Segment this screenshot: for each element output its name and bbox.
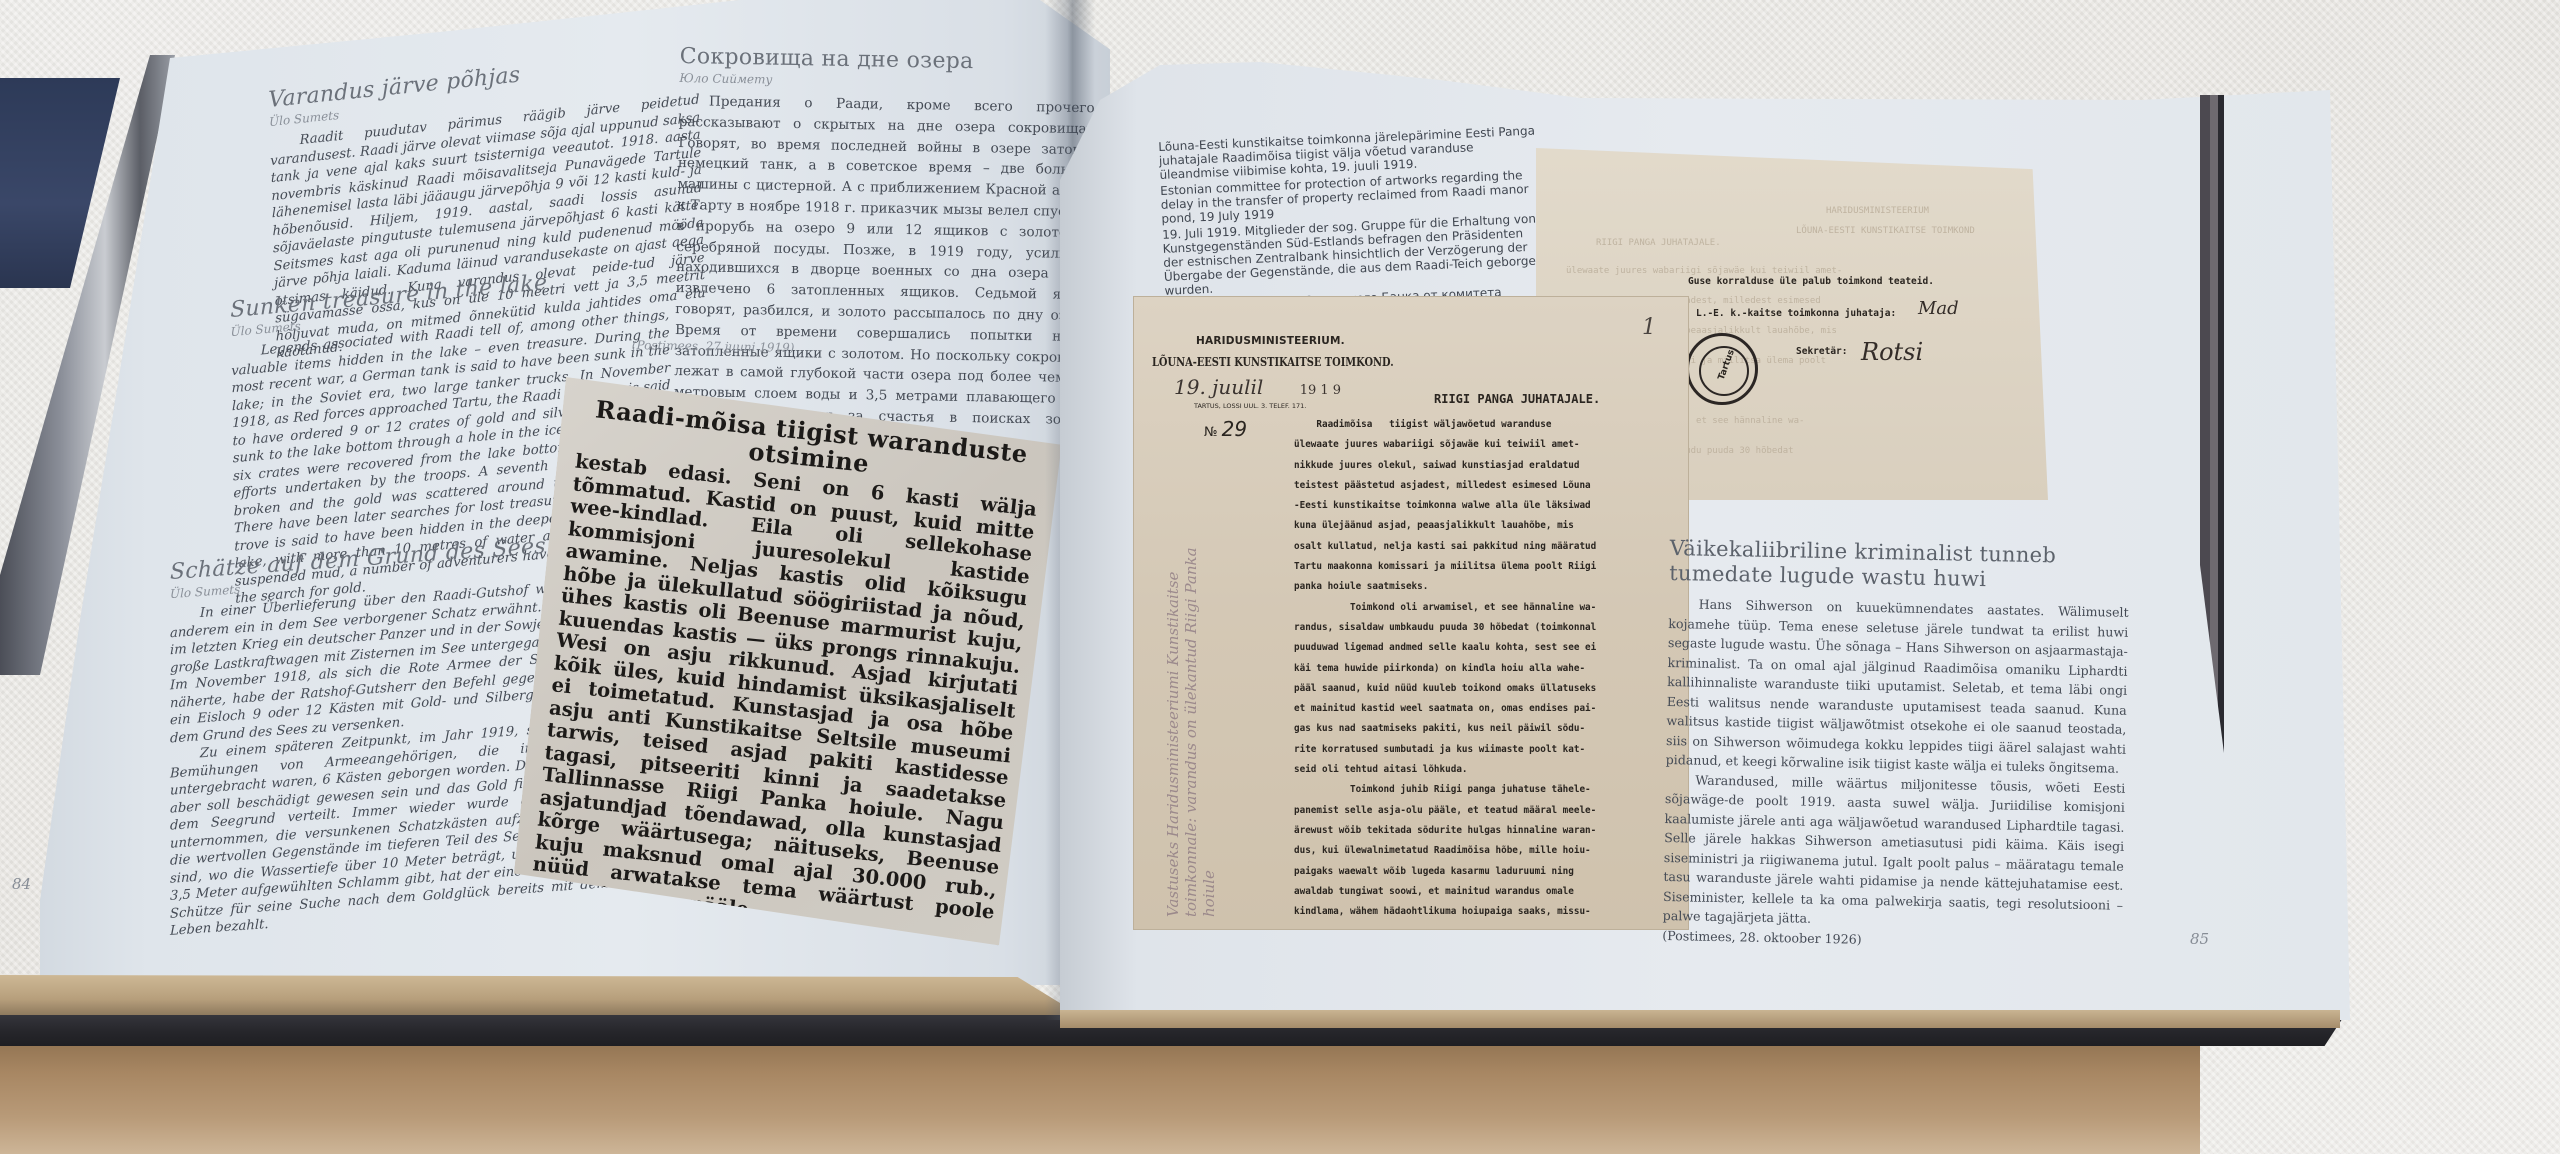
page-block-edge-left xyxy=(0,975,1060,1015)
right-page-number: 85 xyxy=(2190,930,2209,948)
stamp-text: Tartus xyxy=(1717,348,1737,381)
document-2-line-3: Sekretär: xyxy=(1796,346,1847,357)
typed-line: awaldab tungiwat soowi, et mainitud wara… xyxy=(1294,882,1674,902)
clipping-source-caption: (Postimees, 27 juuni 1919) xyxy=(632,338,795,355)
wooden-table-surface xyxy=(0,1030,2200,1154)
article-paragraph-2: Warandused, mille wäärtus miljonitesse t… xyxy=(1663,769,2126,934)
typed-line: panemist selle asja-olu pääle, et teatud… xyxy=(1294,801,1674,821)
document-typed-body: Raadimõisa tiigist wäljawõetud waranduse… xyxy=(1294,415,1674,922)
typed-line: seid oli tehtud aitasi lõhkuda. xyxy=(1294,760,1674,780)
handwritten-margin-note: Vastuseks Haridus­ministeeriumi Kunstika… xyxy=(1164,497,1264,917)
typed-line: kindlama, wähem hädaohtlikuma hoiupaiga … xyxy=(1294,902,1674,922)
typed-line: teistest päästetud asjadest, milledest e… xyxy=(1294,476,1674,496)
page-block-edge-right xyxy=(1060,1010,2340,1028)
russian-section: Сокровища на дне озера Юло Сиймету Преда… xyxy=(673,44,1100,452)
typed-line: ärewust wõib tekitada sõdurite hulgas hi… xyxy=(1294,821,1674,841)
typed-line: Toimkond oli arwamisel, et see hännaline… xyxy=(1294,598,1674,618)
secretary-signature: Rotsi xyxy=(1861,338,1923,366)
newspaper-clipping: Raadi-mõisa tiigist waranduste otsimine … xyxy=(512,377,1064,946)
typed-line: rite korratused sumbutadi ja kus wiimast… xyxy=(1294,740,1674,760)
clipping-body: kestab edasi. Seni on 6 kasti wälja tõmm… xyxy=(529,450,1037,946)
document-number: № 29 xyxy=(1204,417,1247,441)
typed-line: Toimkond juhib Riigi panga juhatuse tähe… xyxy=(1294,780,1674,800)
document-2-line-2: L.-E. k.-kaitse toimkonna juhataja: xyxy=(1696,308,1896,319)
typed-line: Tartu maakonna komissari ja miilitsa üle… xyxy=(1294,557,1674,577)
document-2-line-1: Guse korralduse üle palub toimkond teate… xyxy=(1688,276,1934,287)
official-stamp: Tartus xyxy=(1686,333,1758,405)
typed-line: et mainitud kastid weel saatmata on, oma… xyxy=(1294,699,1674,719)
article-paragraph-1: Hans Sihwerson on kuuekümnendates aastat… xyxy=(1666,594,2129,778)
typed-line: paigaks waewalt wõib lugeda kasarmu ladu… xyxy=(1294,862,1674,882)
document-recipient: RIIGI PANGA JUHATAJALE. xyxy=(1434,392,1600,406)
typed-line: kuna ülejäänud asjad, peaasjalikkult lau… xyxy=(1294,516,1674,536)
typed-line: panka hoiule saatmiseks. xyxy=(1294,577,1674,597)
typed-line: Raadimõisa tiigist wäljawõetud waranduse xyxy=(1294,415,1674,435)
typed-line: käi tema huwide piirkonda) on kindla hoi… xyxy=(1294,659,1674,679)
document-date: 19. juulil 19 1 9 xyxy=(1174,375,1341,399)
typed-line: osalt kullatud, nelja kasti sai pakkitud… xyxy=(1294,537,1674,557)
typed-line: -Eesti kunstikaitse toimkonna walwe alla… xyxy=(1294,496,1674,516)
typed-line: puuduwad ligemad andmed selle kaalu koht… xyxy=(1294,638,1674,658)
document-page-mark: 1 xyxy=(1642,315,1656,340)
typed-line: ülewaate juures wabariigi sõjawäe kui te… xyxy=(1294,435,1674,455)
typed-line: randus, sisaldaw umbkaudu puuda 30 hõbed… xyxy=(1294,618,1674,638)
article-heading: Väikekaliibriline kriminalist tunneb tum… xyxy=(1669,536,2130,595)
typed-line: dus, kui ülewalnimetatud Raadimõisa hõbe… xyxy=(1294,841,1674,861)
article-section: Väikekaliibriline kriminalist tunneb tum… xyxy=(1662,536,2130,954)
typed-line: nikkude juures olekul, saiwad kunstiasja… xyxy=(1294,456,1674,476)
typed-line: gas kus nad saatmiseks pakiti, kus neil … xyxy=(1294,719,1674,739)
russian-body: Предания о Раади, кроме всего прочего, р… xyxy=(673,91,1099,452)
document-address: TARTUS, LOSSI UUL. 3. TELEF. 171. xyxy=(1194,402,1306,410)
document-office: LÕUNA-EESTI KUNSTIKAITSE TOIMKOND. xyxy=(1152,355,1394,369)
left-page-number: 84 xyxy=(12,875,31,893)
archive-document-page-1: 1 HARIDUSMINISTEERIUM. LÕUNA-EESTI KUNST… xyxy=(1134,297,1688,929)
document-ministry: HARIDUSMINISTEERIUM. xyxy=(1196,335,1345,347)
chairman-signature: Mad xyxy=(1918,298,1959,319)
typed-line: pääl saanud, kuid nüüd kuuleb toikond om… xyxy=(1294,679,1674,699)
